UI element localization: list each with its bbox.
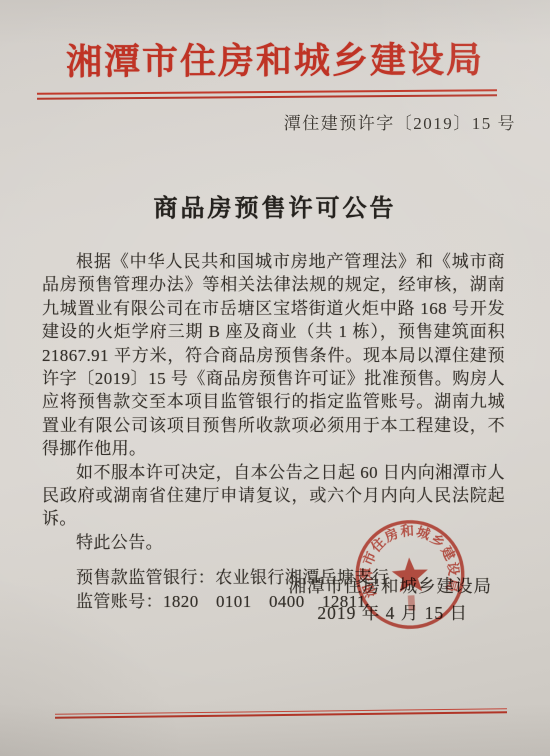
- footer-double-rule: [55, 708, 507, 719]
- agency-name-header: 湘潭市住房和城乡建设局: [0, 32, 550, 86]
- official-seal: 湘潭市住房和城乡建设局: [350, 511, 470, 638]
- header-double-rule: [37, 89, 497, 100]
- seal-star-icon: [391, 556, 429, 592]
- body-paragraph-1: 根据《中华人民共和国城市房地产管理法》和《城市商品房预售管理办法》等相关法律法规…: [42, 250, 505, 461]
- page-title: 商品房预售许可公告: [0, 188, 550, 223]
- seal-bottom-mark: [408, 595, 415, 611]
- document-body: 根据《中华人民共和国城市房地产管理法》和《城市商品房预售管理办法》等相关法律法规…: [42, 250, 505, 554]
- document-page: 湘潭市住房和城乡建设局 潭住建预许字〔2019〕15 号 商品房预售许可公告 根…: [0, 0, 550, 756]
- document-reference-number: 潭住建预许字〔2019〕15 号: [0, 109, 550, 134]
